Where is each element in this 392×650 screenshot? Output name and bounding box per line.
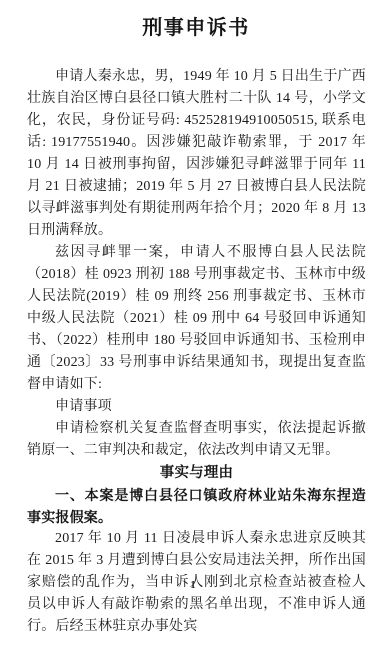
section-heading-facts-and-reasons: 事实与理由: [27, 462, 366, 484]
paragraph-request-content: 申请检察机关复查监督查明事实，依法提起诉撤销原一、二审判决和裁定，依法改判申请又…: [27, 418, 366, 462]
document-title-text: 刑事申诉书: [142, 17, 250, 39]
document-body: 申请人秦永忠，男，1949 年 10 月 5 日出生于广西壮族自治区博白县径口镇…: [27, 66, 366, 638]
document-page: 刑事申诉书 申请人秦永忠，男，1949 年 10 月 5 日出生于广西壮族自治区…: [0, 0, 392, 650]
document-title: 刑事申诉书: [0, 0, 392, 40]
page-number: 1: [0, 580, 386, 591]
paragraph-case-documents: 兹因寻衅罪一案，申请人不服博白县人民法院（2018）桂 0923 刑初 188 …: [27, 242, 366, 396]
paragraph-request-items-heading: 申请事项: [27, 396, 366, 418]
paragraph-point-one-claim: 一、本案是博白县径口镇政府林业站朱海东捏造事实报假案。: [27, 484, 366, 528]
paragraph-applicant-info: 申请人秦永忠，男，1949 年 10 月 5 日出生于广西壮族自治区博白县径口镇…: [27, 66, 366, 242]
